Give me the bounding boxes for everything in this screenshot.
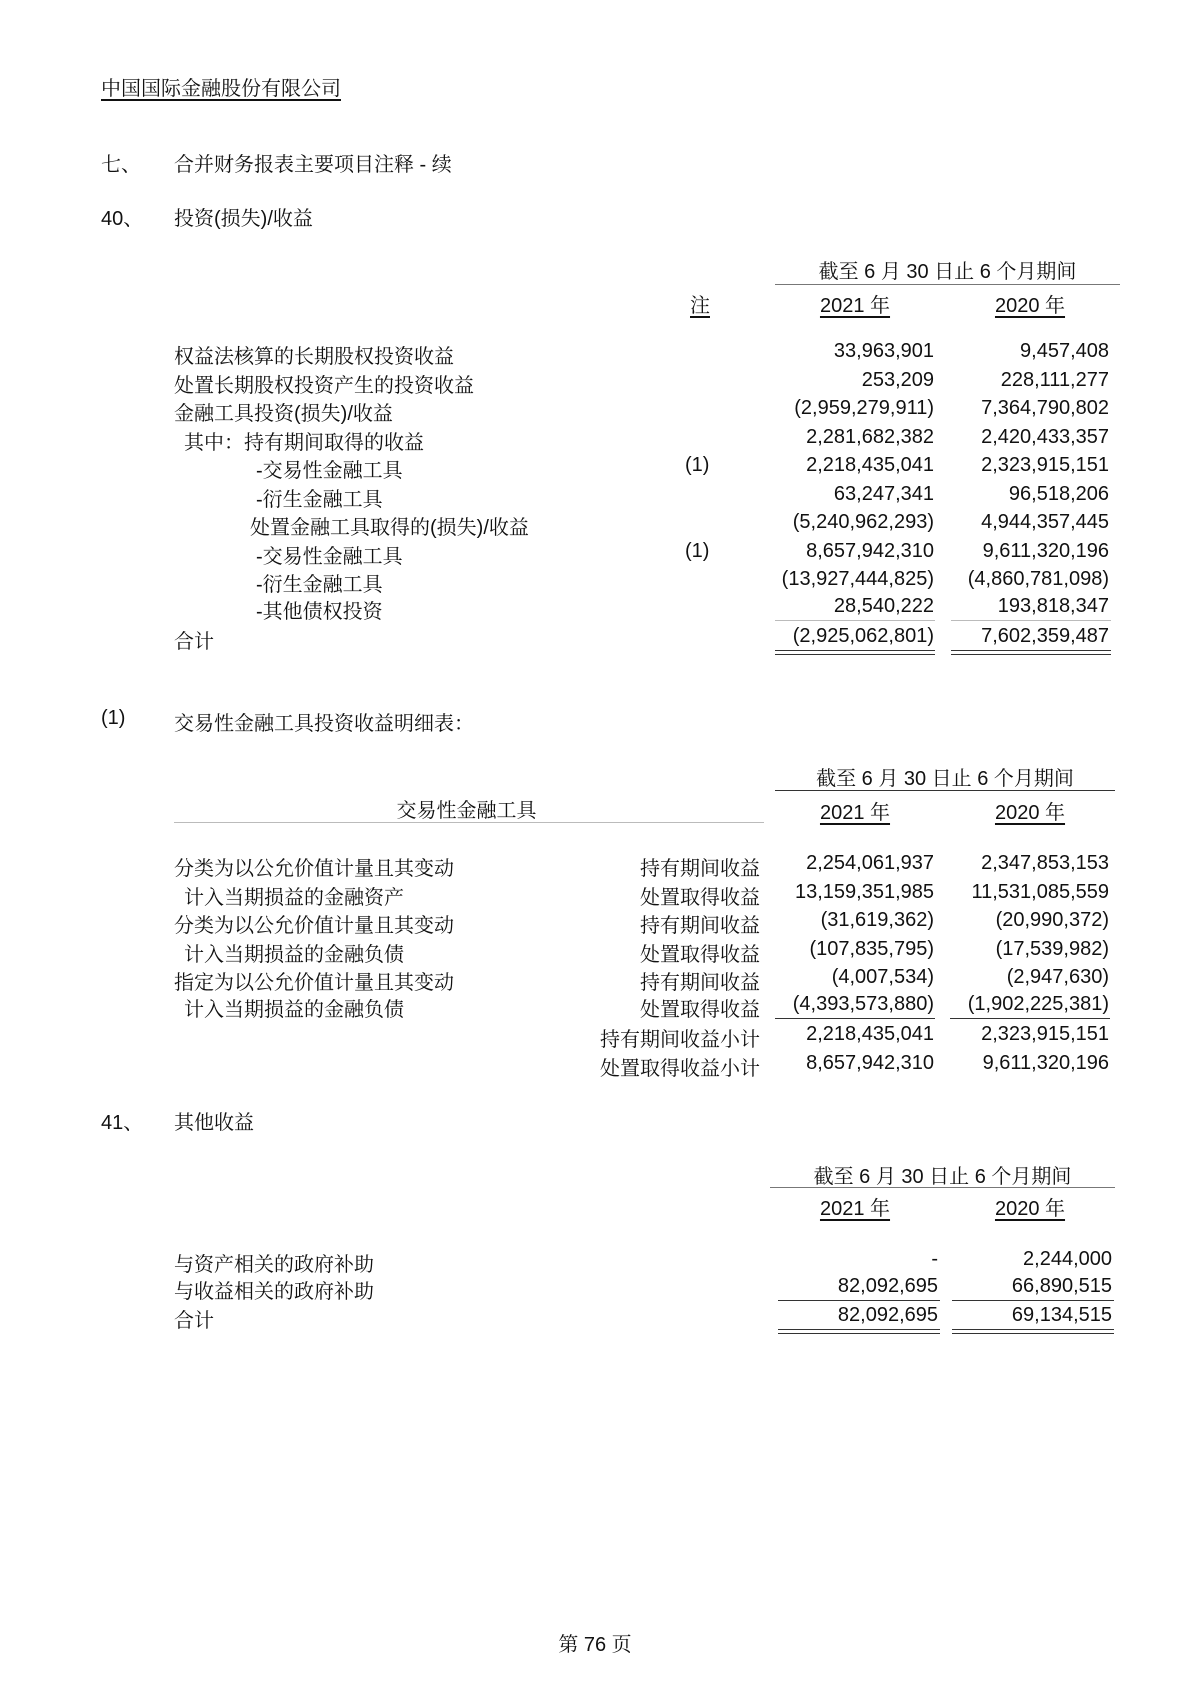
row-label: 分类为以公允价值计量且其变动 — [174, 852, 454, 881]
double-underline — [951, 650, 1111, 655]
divider — [775, 790, 1115, 791]
value-2021: (13,927,444,825) — [760, 568, 934, 591]
note-column-header: 注 — [670, 289, 730, 318]
value-2021: 2,218,435,041 — [760, 454, 934, 477]
subtotal-line — [951, 620, 1111, 621]
divider — [174, 822, 764, 823]
row-type: 持有期间收益 — [560, 852, 760, 881]
subtotal-2021: 8,657,942,310 — [760, 1052, 934, 1075]
note40-title: 投资(损失)/收益 — [174, 202, 313, 231]
row-label: 处置金融工具取得的(损失)/收益 — [250, 511, 529, 540]
row-label: -交易性金融工具 — [256, 454, 403, 483]
row-type: 持有期间收益 — [560, 966, 760, 995]
note41-title: 其他收益 — [174, 1106, 254, 1135]
divider — [770, 1187, 1115, 1188]
row-label: 金融工具投资(损失)/收益 — [174, 397, 393, 426]
row-type: 处置取得收益 — [560, 938, 760, 967]
value-2021: 63,247,341 — [760, 483, 934, 506]
double-underline — [778, 1329, 940, 1334]
subtotal-2021: 2,218,435,041 — [760, 1023, 934, 1046]
value-2020: 193,818,347 — [935, 595, 1109, 618]
year-2021-header: 2021 年 — [780, 796, 930, 825]
value-2020: 4,944,357,445 — [935, 511, 1109, 534]
year-2020-header: 2020 年 — [955, 289, 1105, 318]
value-2020: 9,611,320,196 — [935, 540, 1109, 563]
row-label: 计入当期损益的金融资产 — [184, 881, 404, 910]
value-2020: 7,364,790,802 — [935, 397, 1109, 420]
page-number: 第 76 页 — [0, 1628, 1190, 1657]
total-label: 合计 — [174, 625, 214, 654]
subtotal-line — [950, 1018, 1110, 1019]
row-label: 与资产相关的政府补助 — [174, 1248, 374, 1277]
value-2021: 13,159,351,985 — [760, 881, 934, 904]
value-2020: (17,539,982) — [935, 938, 1109, 961]
row-label: -交易性金融工具 — [256, 540, 403, 569]
value-2021: (2,959,279,911) — [760, 397, 934, 420]
divider — [775, 284, 1120, 285]
note1-period-header: 截至 6 月 30 日止 6 个月期间 — [775, 762, 1115, 791]
year-2020-header: 2020 年 — [955, 1192, 1105, 1221]
note-ref[interactable]: (1) — [685, 540, 709, 563]
value-2021: 8,657,942,310 — [760, 540, 934, 563]
value-2020: (20,990,372) — [935, 909, 1109, 932]
note40-period-header: 截至 6 月 30 日止 6 个月期间 — [775, 255, 1120, 284]
value-2020: (2,947,630) — [935, 966, 1109, 989]
row-type: 处置取得收益 — [560, 993, 760, 1022]
row-label: 分类为以公允价值计量且其变动 — [174, 909, 454, 938]
value-2020: 96,518,206 — [935, 483, 1109, 506]
note1-column-header: 交易性金融工具 — [174, 794, 759, 823]
subtotal-line — [775, 1018, 935, 1019]
subtotal-line — [952, 1300, 1114, 1301]
subtotal-line — [775, 620, 935, 621]
value-2020: 2,420,433,357 — [935, 426, 1109, 449]
note40-number: 40、 — [101, 202, 143, 231]
value-2020: (4,860,781,098) — [935, 568, 1109, 591]
row-label: 与收益相关的政府补助 — [174, 1275, 374, 1304]
section-title: 合并财务报表主要项目注释 - 续 — [174, 148, 452, 177]
value-2021: (5,240,962,293) — [760, 511, 934, 534]
value-2021: 33,963,901 — [760, 340, 934, 363]
value-2021: 28,540,222 — [760, 595, 934, 618]
row-label: 计入当期损益的金融负债 — [184, 938, 404, 967]
row-label: 其中：持有期间取得的收益 — [184, 426, 424, 455]
double-underline — [775, 650, 935, 655]
subtotal-label: 处置取得收益小计 — [540, 1052, 760, 1081]
value-2020: 66,890,515 — [935, 1275, 1112, 1298]
value-2020: 11,531,085,559 — [935, 881, 1109, 904]
row-label: 计入当期损益的金融负债 — [184, 993, 404, 1022]
note-ref[interactable]: (1) — [685, 454, 709, 477]
value-2020: 2,347,853,153 — [935, 852, 1109, 875]
value-2020: (1,902,225,381) — [935, 993, 1109, 1016]
year-2021-header: 2021 年 — [780, 289, 930, 318]
value-2021: (4,007,534) — [760, 966, 934, 989]
double-underline — [952, 1329, 1114, 1334]
value-2021: 2,281,682,382 — [760, 426, 934, 449]
row-label: 处置长期股权投资产生的投资收益 — [174, 369, 474, 398]
total-2020: 7,602,359,487 — [935, 625, 1109, 648]
value-2021: (4,393,573,880) — [760, 993, 934, 1016]
row-label: 指定为以公允价值计量且其变动 — [174, 966, 454, 995]
row-type: 处置取得收益 — [560, 881, 760, 910]
value-2021: (107,835,795) — [760, 938, 934, 961]
value-2020: 2,244,000 — [935, 1248, 1112, 1271]
subtotal-label: 持有期间收益小计 — [540, 1023, 760, 1052]
subtotal-line — [778, 1300, 940, 1301]
row-type: 持有期间收益 — [560, 909, 760, 938]
note1-number: (1) — [101, 707, 125, 730]
total-label: 合计 — [174, 1304, 214, 1333]
year-2021-header: 2021 年 — [780, 1192, 930, 1221]
value-2021: - — [760, 1248, 938, 1271]
year-2020-header: 2020 年 — [955, 796, 1105, 825]
note41-number: 41、 — [101, 1106, 143, 1135]
total-2020: 69,134,515 — [935, 1304, 1112, 1327]
value-2020: 228,111,277 — [935, 369, 1109, 392]
total-2021: (2,925,062,801) — [760, 625, 934, 648]
row-label: -衍生金融工具 — [256, 568, 383, 597]
subtotal-2020: 9,611,320,196 — [935, 1052, 1109, 1075]
row-label: -其他债权投资 — [256, 595, 383, 624]
note41-period-header: 截至 6 月 30 日止 6 个月期间 — [770, 1160, 1115, 1189]
row-label: 权益法核算的长期股权投资收益 — [174, 340, 454, 369]
subtotal-2020: 2,323,915,151 — [935, 1023, 1109, 1046]
row-label: -衍生金融工具 — [256, 483, 383, 512]
value-2021: 82,092,695 — [760, 1275, 938, 1298]
note1-title: 交易性金融工具投资收益明细表： — [174, 707, 474, 736]
value-2020: 9,457,408 — [935, 340, 1109, 363]
total-2021: 82,092,695 — [760, 1304, 938, 1327]
value-2020: 2,323,915,151 — [935, 454, 1109, 477]
value-2021: (31,619,362) — [760, 909, 934, 932]
value-2021: 253,209 — [760, 369, 934, 392]
company-name: 中国国际金融股份有限公司 — [101, 72, 341, 101]
value-2021: 2,254,061,937 — [760, 852, 934, 875]
section-number: 七、 — [101, 148, 141, 177]
